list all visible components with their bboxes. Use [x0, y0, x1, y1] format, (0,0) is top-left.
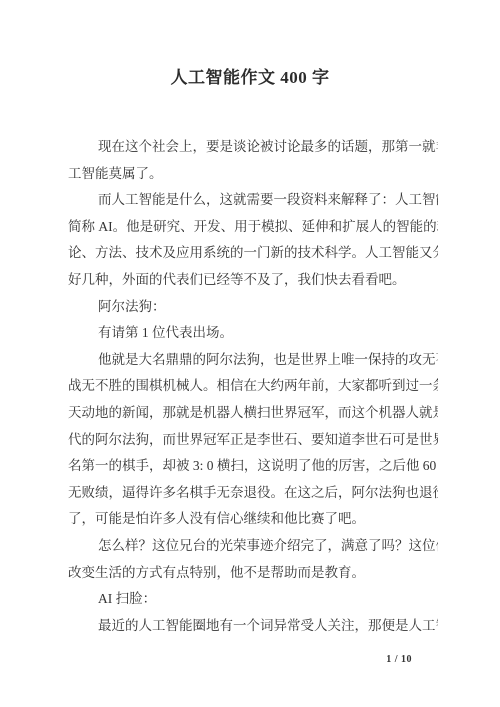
- text-line: 无败绩，逼得许多名棋手无奈退役。在这之后，阿尔法狗也退役: [68, 480, 438, 507]
- paragraph: 最近的人工智能圈地有一个词异常受人关注，那便是人工智能: [68, 613, 438, 640]
- text-line: 怎么样？这位兄台的光荣事迹介绍完了，满意了吗？这位仁兄: [68, 533, 438, 560]
- paragraph: 他就是大名鼎鼎的阿尔法狗，也是世界上唯一保持的攻无不克战无不胜的围棋机械人。相信…: [68, 347, 438, 533]
- text-line: 战无不胜的围棋机械人。相信在大约两年前，大家都听到过一条惊: [68, 373, 438, 400]
- text-line: 名第一的棋手，却被 3: 0 横扫，这说明了他的厉害，之后他 60 场: [68, 453, 438, 480]
- text-line: 论、方法、技术及应用系统的一门新的技术科学。人工智能又分为: [68, 240, 438, 267]
- paragraph: 而人工智能是什么，这就需要一段资料来解释了：人工智能，简称 AI。他是研究、开发…: [68, 187, 438, 293]
- document-page: 人工智能作文 400 字 现在这个社会上，要是谈论被讨论最多的话题，那第一就非人…: [0, 0, 500, 707]
- text-line: 他就是大名鼎鼎的阿尔法狗，也是世界上唯一保持的攻无不克: [68, 347, 438, 374]
- text-line: 好几种，外面的代表们已经等不及了，我们快去看看吧。: [68, 267, 438, 294]
- paragraph: 现在这个社会上，要是谈论被讨论最多的话题，那第一就非人工智能莫属了。: [68, 134, 438, 187]
- text-line: 最近的人工智能圈地有一个词异常受人关注，那便是人工智能: [68, 613, 438, 640]
- paragraph: 有请第 1 位代表出场。: [68, 320, 438, 347]
- document-body: 现在这个社会上，要是谈论被讨论最多的话题，那第一就非人工智能莫属了。而人工智能是…: [68, 134, 438, 639]
- page-number-indicator: 1 / 10: [0, 653, 412, 667]
- text-line: 现在这个社会上，要是谈论被讨论最多的话题，那第一就非人: [68, 134, 438, 161]
- text-line: 改变生活的方式有点特别，他不是帮助而是教育。: [68, 560, 438, 587]
- text-line: 天动地的新闻，那就是机器人横扫世界冠军，而这个机器人就是初: [68, 400, 438, 427]
- text-line: 了，可能是怕许多人没有信心继续和他比赛了吧。: [68, 506, 438, 533]
- document-title: 人工智能作文 400 字: [0, 64, 500, 92]
- paragraph: AI 扫脸：: [68, 586, 438, 613]
- text-line: 代的阿尔法狗，而世界冠军正是李世石、要知道李世石可是世界排: [68, 427, 438, 454]
- paragraph: 阿尔法狗：: [68, 294, 438, 321]
- text-line: 简称 AI。他是研究、开发、用于模拟、延伸和扩展人的智能的理: [68, 214, 438, 241]
- paragraph: 怎么样？这位兄台的光荣事迹介绍完了，满意了吗？这位仁兄改变生活的方式有点特别，他…: [68, 533, 438, 586]
- text-line: 而人工智能是什么，这就需要一段资料来解释了：人工智能，: [68, 187, 438, 214]
- text-line: 阿尔法狗：: [68, 294, 438, 321]
- text-line: 有请第 1 位代表出场。: [68, 320, 438, 347]
- text-line: 工智能莫属了。: [68, 161, 438, 188]
- text-line: AI 扫脸：: [68, 586, 438, 613]
